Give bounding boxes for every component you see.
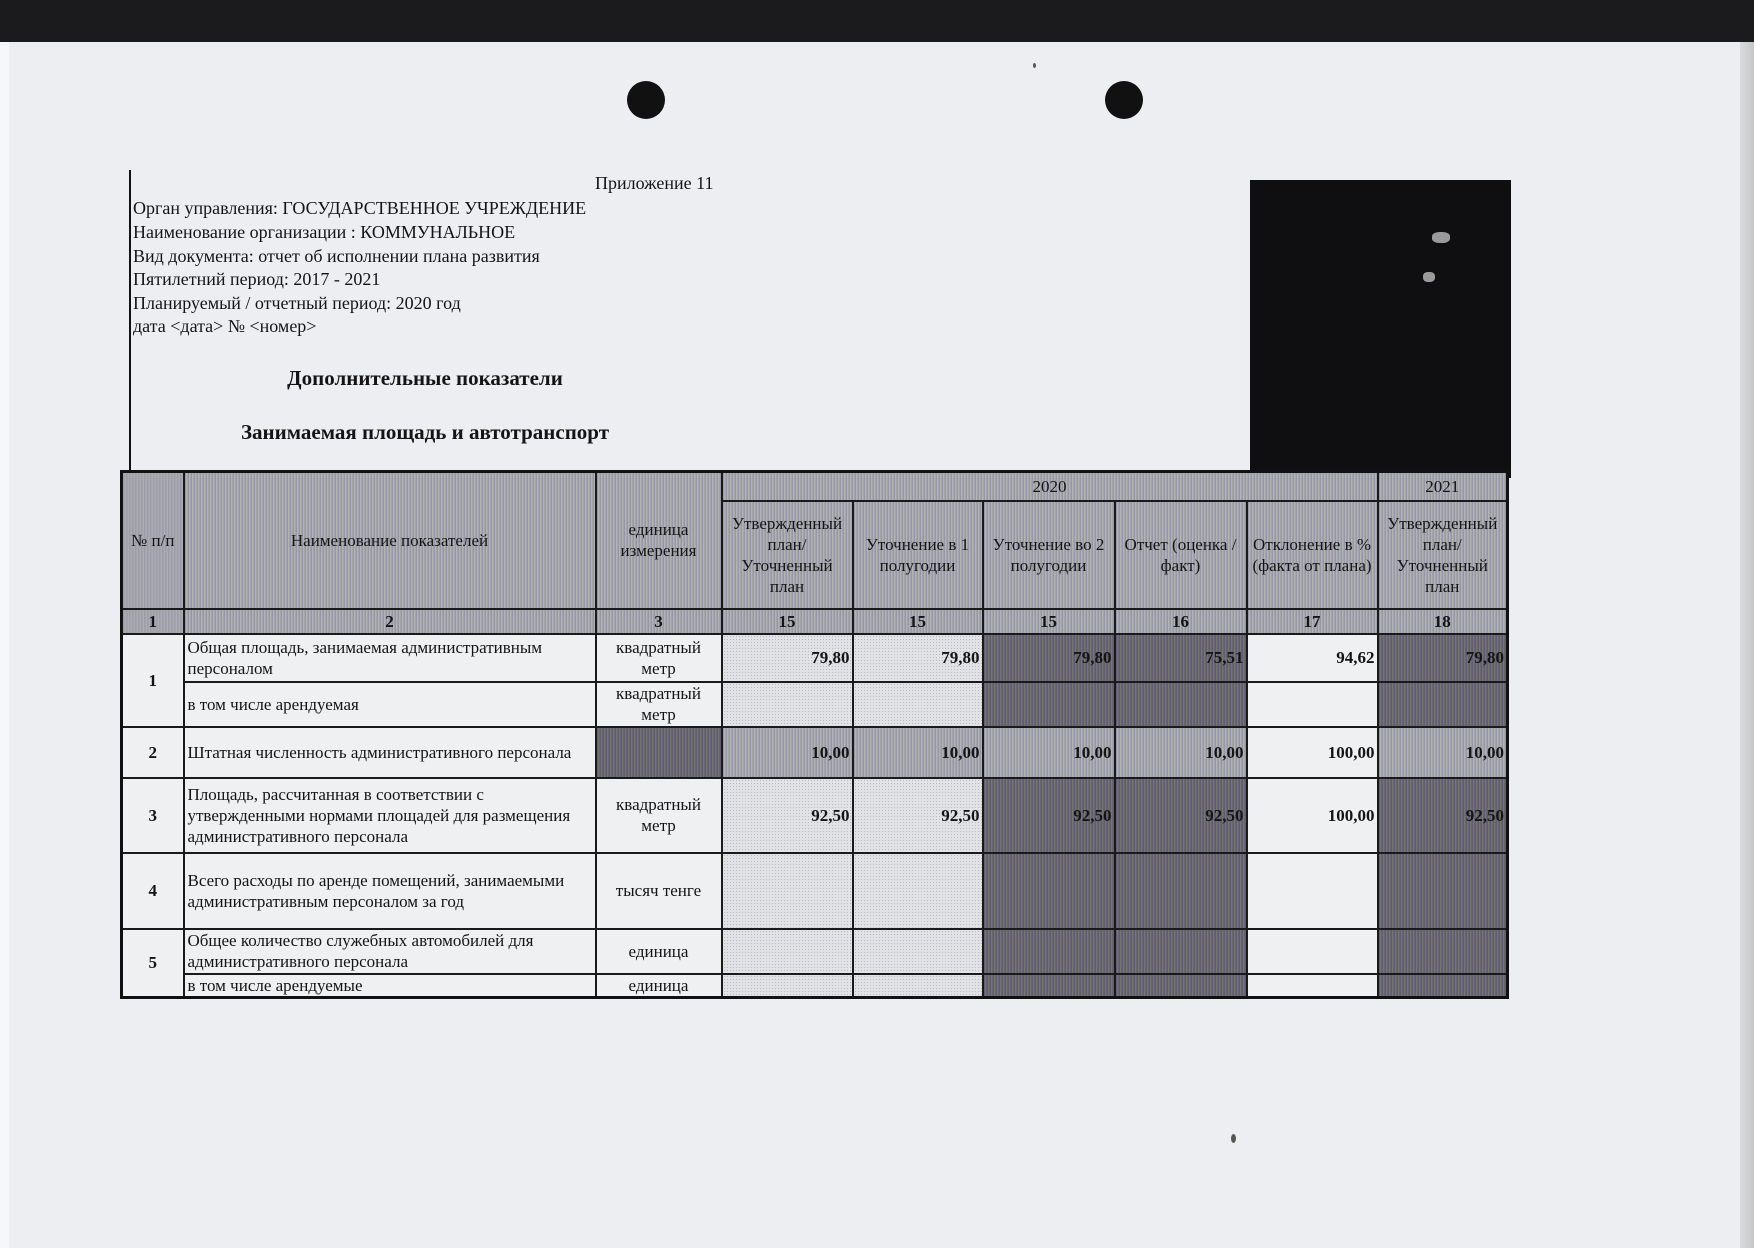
scan-right-edge — [1740, 42, 1754, 1248]
col-number: 1 — [122, 609, 184, 634]
cell-report — [1115, 974, 1247, 998]
redacted-block — [1250, 180, 1511, 478]
cell-approved-plan-2021 — [1378, 853, 1508, 929]
punch-hole — [1105, 81, 1143, 119]
cell-refine-h1: 92,50 — [853, 778, 983, 853]
row-unit: квадратный метр — [596, 682, 722, 727]
header-num: № п/п — [122, 472, 184, 609]
row-name: Площадь, рассчитанная в соответствии с у… — [184, 778, 596, 853]
header-refine-h1: Уточнение в 1 полугодии — [853, 501, 983, 609]
scanner-top-bar — [0, 0, 1754, 42]
cell-refine-h1 — [853, 929, 983, 974]
indicators-table: № п/п Наименование показателей единица и… — [120, 470, 1509, 999]
col-number: 15 — [853, 609, 983, 634]
row-name: Штатная численность административного пе… — [184, 727, 596, 778]
header-doc-type: Вид документа: отчет об исполнении плана… — [133, 245, 540, 267]
header-approved-plan-2021: Утвержденный план/Уточненный план — [1378, 501, 1508, 609]
page-title: Дополнительные показатели — [130, 366, 720, 391]
row-name: Общая площадь, занимаемая административн… — [184, 634, 596, 682]
cell-approved-plan: 10,00 — [722, 727, 853, 778]
table-row: 3 Площадь, рассчитанная в соответствии с… — [122, 778, 1508, 853]
col-number: 15 — [983, 609, 1115, 634]
row-name: в том числе арендуемые — [184, 974, 596, 998]
cell-report: 75,51 — [1115, 634, 1247, 682]
cell-refine-h1: 79,80 — [853, 634, 983, 682]
cell-report — [1115, 682, 1247, 727]
row-unit: тысяч тенге — [596, 853, 722, 929]
cell-approved-plan-2021: 10,00 — [1378, 727, 1508, 778]
cell-approved-plan-2021: 79,80 — [1378, 634, 1508, 682]
cell-refine-h2: 10,00 — [983, 727, 1115, 778]
table-row: 4 Всего расходы по аренде помещений, зан… — [122, 853, 1508, 929]
row-num: 1 — [122, 634, 184, 727]
row-name: в том числе арендуемая — [184, 682, 596, 727]
cell-approved-plan — [722, 853, 853, 929]
cell-approved-plan-2021 — [1378, 974, 1508, 998]
row-num: 4 — [122, 853, 184, 929]
table-row: в том числе арендуемые единица — [122, 974, 1508, 998]
header-name: Наименование показателей — [184, 472, 596, 609]
header-period: Пятилетний период: 2017 - 2021 — [133, 268, 380, 290]
scan-speck — [1231, 1134, 1236, 1143]
header-year-2020: 2020 — [722, 472, 1378, 501]
cell-deviation — [1247, 853, 1378, 929]
cell-report: 10,00 — [1115, 727, 1247, 778]
cell-report — [1115, 853, 1247, 929]
header-date-number: дата <дата> № <номер> — [133, 315, 316, 337]
cell-report: 92,50 — [1115, 778, 1247, 853]
row-num: 5 — [122, 929, 184, 998]
cell-approved-plan — [722, 929, 853, 974]
header-approved-plan: Утвержденный план/Уточненный план — [722, 501, 853, 609]
col-number: 16 — [1115, 609, 1247, 634]
row-unit — [596, 727, 722, 778]
table-row: 5 Общее количество служебных автомобилей… — [122, 929, 1508, 974]
scan-margin — [0, 0, 9, 1248]
cell-approved-plan: 79,80 — [722, 634, 853, 682]
table-row: в том числе арендуемая квадратный метр — [122, 682, 1508, 727]
cell-deviation — [1247, 682, 1378, 727]
row-name: Общее количество служебных автомобилей д… — [184, 929, 596, 974]
punch-hole — [627, 81, 665, 119]
row-name: Всего расходы по аренде помещений, заним… — [184, 853, 596, 929]
cell-refine-h2: 92,50 — [983, 778, 1115, 853]
cell-deviation: 94,62 — [1247, 634, 1378, 682]
cell-refine-h1: 10,00 — [853, 727, 983, 778]
header-organization: Наименование организации : КОММУНАЛЬНОЕ — [133, 221, 515, 243]
row-unit: единица — [596, 929, 722, 974]
cell-deviation: 100,00 — [1247, 778, 1378, 853]
section-subtitle: Занимаемая площадь и автотранспорт — [130, 420, 720, 445]
cell-refine-h2 — [983, 853, 1115, 929]
header-report-period: Планируемый / отчетный период: 2020 год — [133, 292, 461, 314]
header-year-2021: 2021 — [1378, 472, 1508, 501]
cell-approved-plan-2021: 92,50 — [1378, 778, 1508, 853]
header-report: Отчет (оценка / факт) — [1115, 501, 1247, 609]
scan-speck — [1033, 63, 1036, 68]
row-num: 2 — [122, 727, 184, 778]
cell-refine-h1 — [853, 974, 983, 998]
col-number: 17 — [1247, 609, 1378, 634]
header-refine-h2: Уточнение во 2 полугодии — [983, 501, 1115, 609]
cell-report — [1115, 929, 1247, 974]
cell-refine-h2: 79,80 — [983, 634, 1115, 682]
cell-approved-plan — [722, 974, 853, 998]
cell-refine-h1 — [853, 853, 983, 929]
appendix-label: Приложение 11 — [595, 173, 713, 194]
table-row: 2 Штатная численность административного … — [122, 727, 1508, 778]
cell-deviation — [1247, 929, 1378, 974]
cell-approved-plan-2021 — [1378, 929, 1508, 974]
row-num: 3 — [122, 778, 184, 853]
row-unit: квадратный метр — [596, 634, 722, 682]
header-authority: Орган управления: ГОСУДАРСТВЕННОЕ УЧРЕЖД… — [133, 197, 586, 219]
col-number: 15 — [722, 609, 853, 634]
col-number: 3 — [596, 609, 722, 634]
cell-refine-h2 — [983, 974, 1115, 998]
column-numbers-row: 1 2 3 15 15 15 16 17 18 — [122, 609, 1508, 634]
cell-refine-h1 — [853, 682, 983, 727]
cell-deviation — [1247, 974, 1378, 998]
col-number: 18 — [1378, 609, 1508, 634]
cell-approved-plan: 92,50 — [722, 778, 853, 853]
cell-approved-plan — [722, 682, 853, 727]
col-number: 2 — [184, 609, 596, 634]
row-unit: единица — [596, 974, 722, 998]
header-unit: единица измерения — [596, 472, 722, 609]
cell-refine-h2 — [983, 682, 1115, 727]
cell-approved-plan-2021 — [1378, 682, 1508, 727]
row-unit: квадратный метр — [596, 778, 722, 853]
header-deviation: Отклонение в % (факта от плана) — [1247, 501, 1378, 609]
table-row: 1 Общая площадь, занимаемая администрати… — [122, 634, 1508, 682]
cell-refine-h2 — [983, 929, 1115, 974]
cell-deviation: 100,00 — [1247, 727, 1378, 778]
